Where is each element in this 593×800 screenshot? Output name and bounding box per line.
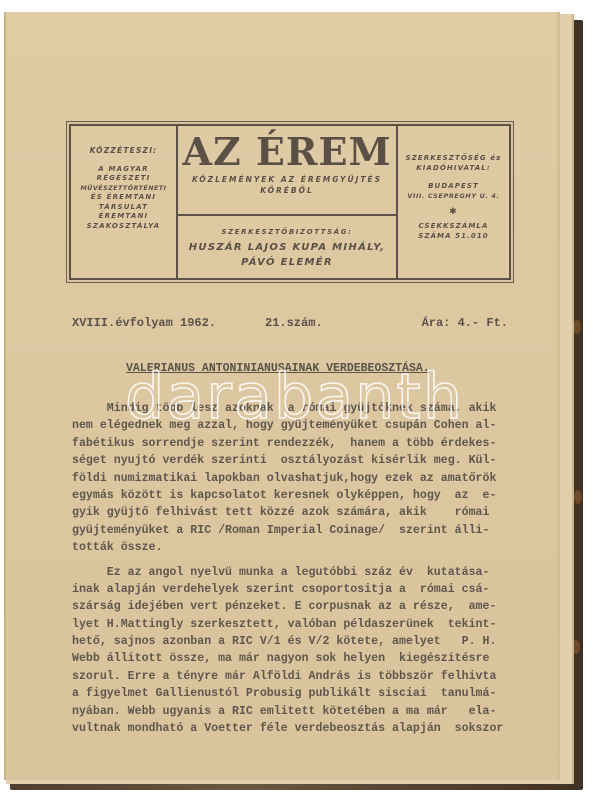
office-line: KIADÓHIVATAL: — [398, 163, 509, 173]
publisher-line: TÁRSULAT — [71, 203, 176, 213]
journal-title: AZ ÉREM — [178, 130, 396, 174]
separator-icon: ✱ — [398, 207, 509, 217]
publisher-line: SZAKOSZTÁLYA — [71, 222, 176, 232]
cover-stain — [574, 490, 582, 504]
editorial-board-label: SZERKESZTŐBIZOTTSÁG: — [178, 228, 396, 236]
text-line: a figyelmet Gallienustól Probusig publik… — [72, 685, 512, 702]
text-line: földi numizmatikai lapokban olvashatjuk,… — [72, 470, 512, 487]
journal-subtitle: KÖRÉBŐL — [178, 185, 396, 196]
address-line: VIII. CSEPREGHY U. 4. — [398, 191, 509, 201]
text-line: Ez az angol nyelvü munka a legutóbbi szá… — [72, 564, 512, 581]
article-title: VALERIANUS ANTONINIANUSAINAK VERDEBEOSZT… — [126, 362, 430, 375]
text-line: szorul. Erre a tényre már Alföldi András… — [72, 668, 512, 685]
cover-stain — [573, 320, 581, 334]
issue-number: 21.szám. — [265, 316, 323, 330]
publisher-line: RÉGÉSZETI — [71, 174, 176, 184]
publisher-line: ÉS ÉREMTANI — [71, 193, 176, 203]
text-line: gyik gyüjtő felhivást tett közzé azok sz… — [72, 504, 512, 521]
publisher-label: KÖZZÉTESZI: — [71, 146, 176, 156]
text-line: hető, sajnos azonban a RIC V/1 és V/2 kö… — [72, 633, 512, 650]
office-address: BUDAPEST VIII. CSEPREGHY U. 4. — [398, 181, 509, 201]
text-line: nem elégednek meg azzal, hogy gyüjtemény… — [72, 417, 512, 434]
paragraph-gap — [72, 557, 512, 564]
text-line: fabétikus sorrendje szerint rendezzék, h… — [72, 435, 512, 452]
account-line: SZÁMA 51.010 — [398, 231, 509, 241]
title-column: AZ ÉREM KÖZLEMÉNYEK AZ ÉREMGYŰJTÉS KÖRÉB… — [178, 126, 398, 278]
publisher-column: KÖZZÉTESZI: A MAGYAR RÉGÉSZETI MŰVÉSZETT… — [71, 126, 178, 278]
office-column: SZERKESZTŐSÉG és KIADÓHIVATAL: BUDAPEST … — [398, 126, 509, 278]
title-box: AZ ÉREM KÖZLEMÉNYEK AZ ÉREMGYŰJTÉS KÖRÉB… — [178, 130, 396, 216]
text-line: egymás között is kapcsolatot keresnek ol… — [72, 487, 512, 504]
paragraph: Ez az angol nyelvü munka a legutóbbi szá… — [72, 564, 512, 738]
publisher-line: ÉREMTANI — [71, 212, 176, 222]
address-line: BUDAPEST — [398, 181, 509, 191]
publisher-line: MŰVÉSZETTÖRTÉNETI — [71, 184, 176, 194]
account-info: CSEKKSZÁMLA SZÁMA 51.010 — [398, 221, 509, 241]
paragraph: Mindig több lesz azoknak a római gyüjtők… — [72, 400, 512, 557]
issue-price: Ára: 4.- Ft. — [422, 316, 508, 330]
board-line: HUSZÁR LAJOS KUPA MIHÁLY, — [178, 240, 396, 255]
volume-year: XVIII.évfolyam 1962. — [72, 316, 216, 330]
text-line: nyában. Webb ugyanis a RIC emlitett köte… — [72, 703, 512, 720]
account-line: CSEKKSZÁMLA — [398, 221, 509, 231]
text-line: gyüjteményüket a RIC /Roman Imperial Coi… — [72, 522, 512, 539]
board-line: PÁVÓ ELEMÉR — [178, 255, 396, 270]
text-line: Webb állitott össze, ma már nagyon sok h… — [72, 650, 512, 667]
text-line: séget nyujtó verdék szerinti osztályozás… — [72, 452, 512, 469]
text-line: inak alapján verdehelyek szerint csoport… — [72, 581, 512, 598]
text-line: szárság idejében vert pénzeket. E corpus… — [72, 598, 512, 615]
text-line: Mindig több lesz azoknak a római gyüjtők… — [72, 400, 512, 417]
masthead: KÖZZÉTESZI: A MAGYAR RÉGÉSZETI MŰVÉSZETT… — [69, 124, 511, 280]
office-line: SZERKESZTŐSÉG és — [398, 153, 509, 163]
journal-subtitle: KÖZLEMÉNYEK AZ ÉREMGYŰJTÉS — [178, 174, 396, 185]
text-line: lyet H.Mattingly szerkesztett, valóban p… — [72, 616, 512, 633]
publisher-line: A MAGYAR — [71, 165, 176, 175]
text-line: tották össze. — [72, 539, 512, 556]
editorial-board-names: HUSZÁR LAJOS KUPA MIHÁLY, PÁVÓ ELEMÉR — [178, 240, 396, 270]
office-label: SZERKESZTŐSÉG és KIADÓHIVATAL: — [398, 153, 509, 173]
text-line: vultnak mondható a Voetter féle verdebeo… — [72, 720, 512, 737]
article-body: Mindig több lesz azoknak a római gyüjtők… — [72, 400, 512, 737]
